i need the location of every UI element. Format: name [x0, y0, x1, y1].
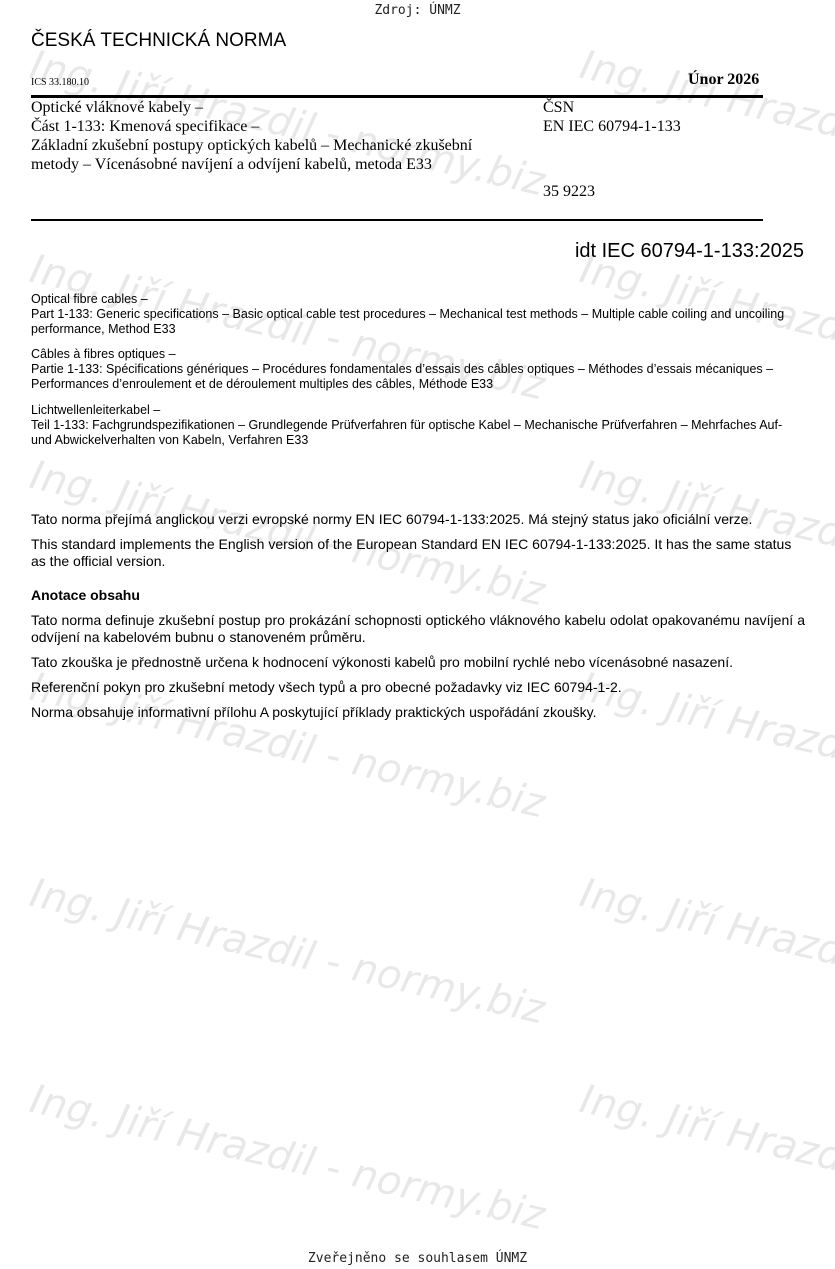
- identity-reference: idt IEC 60794-1-133:2025: [575, 240, 804, 263]
- title-french-line1: Câbles à fibres optiques –: [31, 347, 806, 362]
- annotation-paragraph: Norma obsahuje informativní přílohu A po…: [31, 704, 805, 721]
- czech-title: Optické vláknové kabely – Část 1-133: Km…: [31, 98, 531, 174]
- title-french-line2: Partie 1-133: Spécifications génériques …: [31, 362, 806, 392]
- adoption-statement-czech: Tato norma přejímá anglickou verzi evrop…: [31, 511, 805, 528]
- document-type-title: ČESKÁ TECHNICKÁ NORMA: [31, 30, 286, 52]
- title-english-line1: Optical fibre cables –: [31, 292, 806, 307]
- standard-prefix: ČSN: [543, 98, 681, 117]
- title-french: Câbles à fibres optiques – Partie 1-133:…: [31, 347, 806, 392]
- adoption-statement-english: This standard implements the English ver…: [31, 536, 805, 570]
- title-english-line2: Part 1-133: Generic specifications – Bas…: [31, 307, 806, 337]
- source-header: Zdroj: ÚNMZ: [0, 3, 835, 18]
- czech-title-line: Základní zkušební postupy optických kabe…: [31, 136, 531, 155]
- classification-code: 35 9223: [543, 183, 595, 201]
- title-english: Optical fibre cables – Part 1-133: Gener…: [31, 292, 806, 337]
- title-divider: [31, 219, 763, 221]
- title-german: Lichtwellenleiterkabel – Teil 1-133: Fac…: [31, 403, 806, 448]
- watermark: Ing. Jiří Hrazdil - normy.biz: [26, 1076, 550, 1239]
- issue-date: Únor 2026: [688, 71, 759, 89]
- annotation-paragraph: Tato norma definuje zkušební postup pro …: [31, 612, 805, 646]
- watermark: Ing. Jiří Hrazdil: [576, 1076, 835, 1186]
- czech-title-line: metody – Vícenásobné navíjení a odvíjení…: [31, 155, 531, 174]
- czech-title-line: Optické vláknové kabely –: [31, 98, 531, 117]
- watermark: Ing. Jiří Hrazdil - normy.biz: [26, 870, 550, 1033]
- annotation-paragraph: Referenční pokyn pro zkušební metody vše…: [31, 679, 805, 696]
- standard-designation: ČSN EN IEC 60794-1-133: [543, 98, 681, 136]
- watermark: Ing. Jiří Hrazdil: [576, 870, 835, 980]
- title-german-line1: Lichtwellenleiterkabel –: [31, 403, 806, 418]
- title-german-line2: Teil 1-133: Fachgrundspezifikationen – G…: [31, 418, 806, 448]
- ics-code: ICS 33.180.10: [31, 77, 89, 88]
- footer-consent: Zveřejněno se souhlasem ÚNMZ: [0, 1251, 835, 1266]
- annotation-heading: Anotace obsahu: [31, 587, 805, 604]
- standard-number: EN IEC 60794-1-133: [543, 117, 681, 136]
- czech-title-line: Část 1-133: Kmenová specifikace –: [31, 117, 531, 136]
- annotation-paragraph: Tato zkouška je přednostně určena k hodn…: [31, 654, 805, 671]
